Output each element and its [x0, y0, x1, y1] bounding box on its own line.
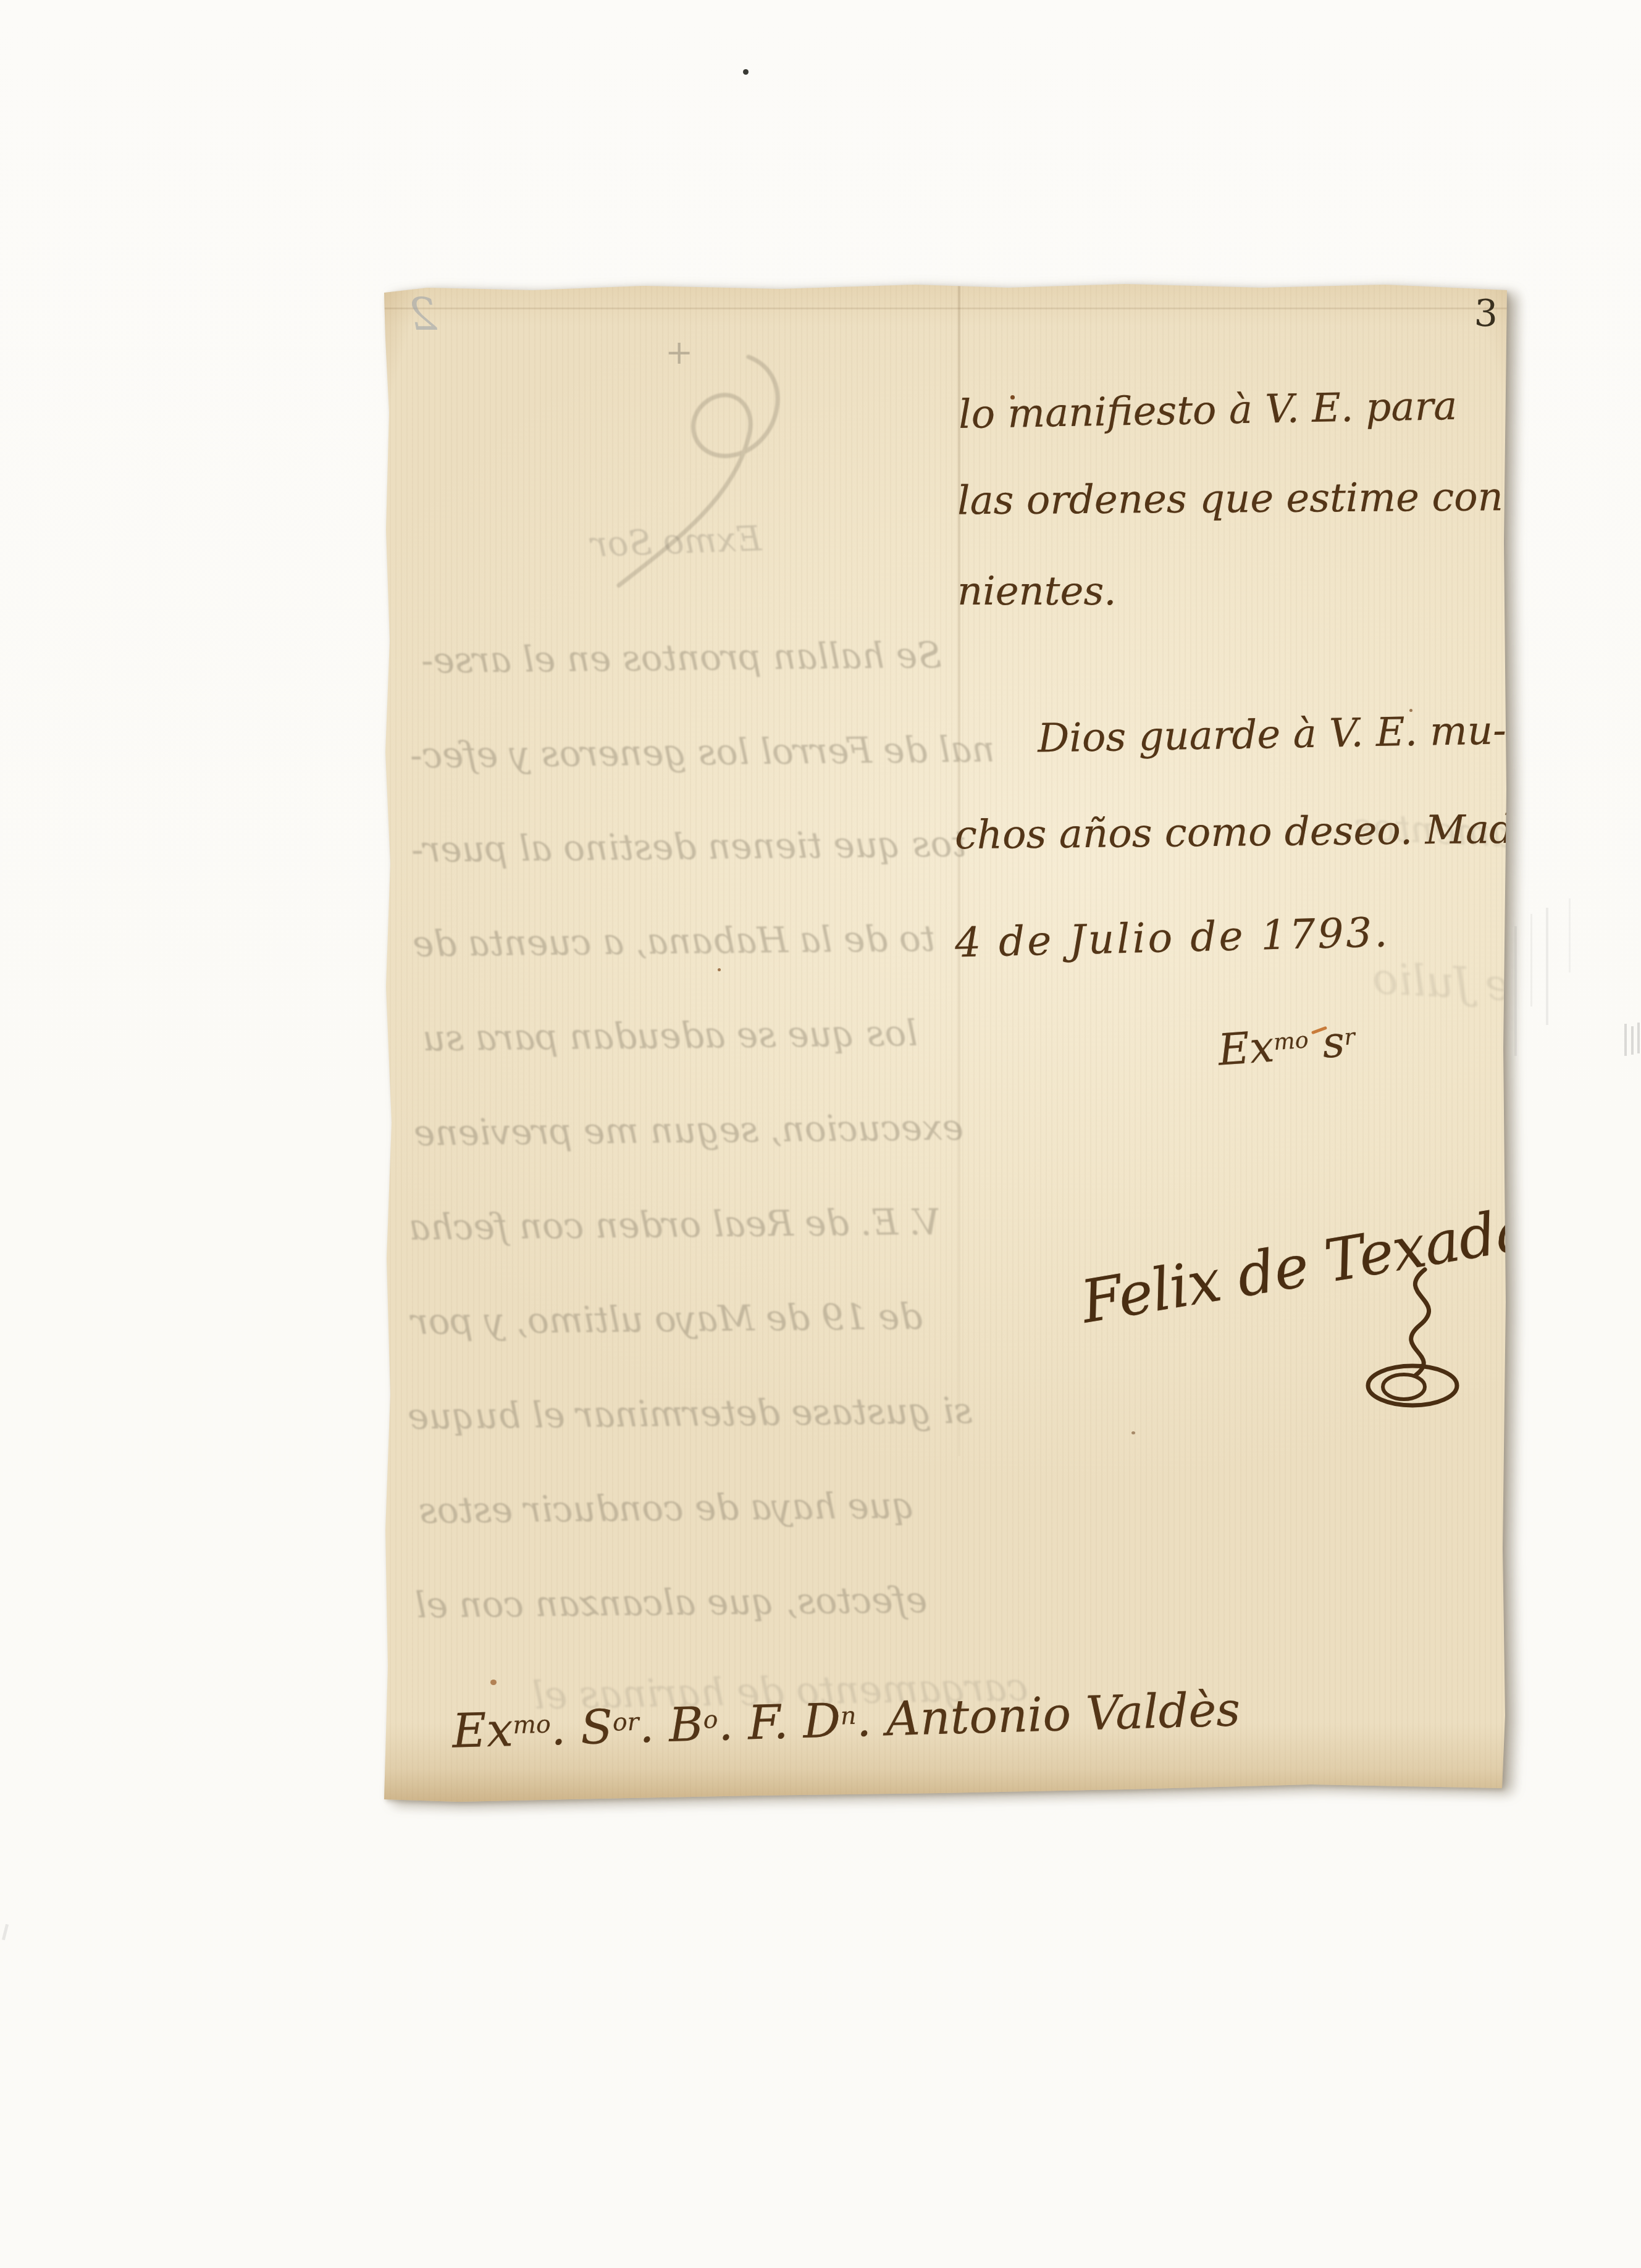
bleed-line: si gustase determinar el buque	[408, 1392, 973, 1434]
address-part: Ex	[451, 1702, 514, 1759]
bleed-salutation: Exmo Sor	[590, 522, 762, 563]
date-line: 4 de Julio de 1793.	[954, 912, 1390, 963]
bleed-line: efectos, que alcanzan con el	[415, 1582, 928, 1623]
address-superscript: o	[703, 1705, 718, 1734]
closing-part: Ex	[1216, 1021, 1275, 1076]
scan-edge-mark	[2, 1924, 9, 1940]
bleed-line: tos que tienen destino al puer-	[411, 826, 967, 867]
bleed-verso-page-number: 2	[409, 293, 437, 337]
bleed-line: de 19 de Mayo ultimo, y por	[411, 1299, 923, 1340]
address-part: . B	[639, 1696, 705, 1753]
scanner-streak	[1530, 914, 1532, 1006]
dust-dot	[743, 69, 749, 75]
top-fold-crease	[384, 308, 1507, 309]
address-part: . Antonio Valdès	[855, 1681, 1241, 1747]
scanner-streak	[1514, 926, 1517, 1056]
address-superscript: or	[612, 1708, 639, 1737]
body-line: lo manifiesto à V. E. para	[959, 387, 1458, 435]
address-superscript: n	[840, 1702, 857, 1731]
page-number: 3	[1474, 295, 1498, 332]
scanner-streak	[1569, 898, 1571, 973]
bleed-line: nal de Ferrol los generos y efec-	[410, 731, 995, 773]
ink-speck	[718, 968, 721, 971]
closing-part: s	[1307, 1016, 1346, 1069]
ink-speck	[1131, 1431, 1135, 1434]
address-part: . F. D	[717, 1693, 841, 1751]
bleed-fragment-right: 6 de Julio	[1371, 956, 1580, 1010]
bleed-line: que haya de conducir estos	[419, 1488, 915, 1528]
closing-salutation: Exmo sr	[1217, 1019, 1357, 1071]
ink-speck	[1409, 709, 1412, 712]
rust-stain	[490, 1680, 497, 1685]
bleed-line: los que se adeudan para su	[422, 1015, 918, 1056]
scanner-streak	[1546, 908, 1548, 1025]
body-line: las ordenes que estime conbe-	[957, 477, 1566, 521]
body-line: chos años como deseo. Madrid	[955, 810, 1572, 855]
letter-sheet: 3 2 + Exmo Sor Se hallan prontos en el a…	[384, 283, 1507, 1803]
address-superscript: mo	[513, 1710, 552, 1740]
bleed-line: Se hallan prontos en el arse-	[421, 637, 942, 679]
scan-background: 3 2 + Exmo Sor Se hallan prontos en el a…	[0, 0, 1641, 2268]
signature-rubric-flourish	[1351, 1265, 1474, 1407]
bleed-line: V. E. de Real orden con fecha	[409, 1203, 941, 1245]
bleed-line: execucion, segun me previene	[414, 1109, 964, 1150]
body-line: Dios guarde à V. E. mu-	[1037, 711, 1506, 758]
closing-superscript: r	[1343, 1023, 1356, 1050]
address-part: . S	[550, 1699, 614, 1756]
scan-edge-mark	[1624, 1024, 1627, 1056]
closing-superscript: mo	[1273, 1026, 1309, 1055]
scan-edge-mark	[1637, 1023, 1640, 1053]
ink-speck	[1010, 395, 1015, 400]
vertical-fold-crease	[958, 283, 960, 1456]
paper-surface: 3 2 + Exmo Sor Se hallan prontos en el a…	[384, 283, 1507, 1803]
bleed-line: to de la Habana, a cuenta de	[413, 921, 936, 962]
body-line: nientes.	[957, 572, 1117, 611]
scan-edge-mark	[1631, 1026, 1634, 1055]
